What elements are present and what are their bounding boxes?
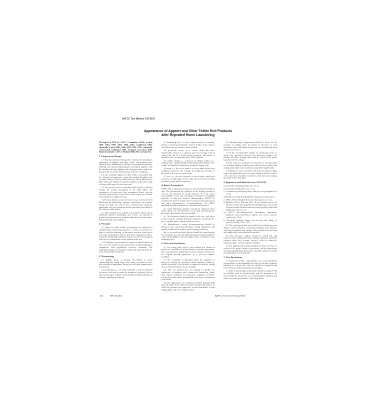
text-block: NOTE: These safety precautions are for i… bbox=[161, 188, 214, 207]
text-block: 5.2 The evaluation is dependent upon the… bbox=[161, 259, 214, 269]
text-block: 5.7 If the recommended number of launder… bbox=[224, 152, 277, 162]
text-block: 2.1 Apparel or other textile end product… bbox=[99, 226, 152, 240]
text-block: 1. Purpose and Scope bbox=[99, 155, 152, 157]
footer-manual-ref: AATCC Technical Manual/2002 bbox=[215, 295, 245, 298]
text-block: 3.5 tumble drying, n.—a process of dryin… bbox=[161, 159, 214, 166]
text-block: 4. Safety Precautions bbox=[161, 184, 214, 186]
text-block: 7.1 Garments or other end products to be… bbox=[224, 260, 277, 270]
title-line-2: after Repeated Home Laundering bbox=[99, 133, 277, 137]
text-block: 6. Apparatus and Materials (see 12.2-12.… bbox=[224, 181, 277, 183]
text-block: 5.5 Residual stains, soils and changes i… bbox=[161, 292, 214, 293]
text-block: 6.1 The washing machine and tumble dryer… bbox=[224, 224, 277, 234]
page-footer: 232 TM 143-2001 AATCC Technical Manual/2… bbox=[99, 295, 277, 298]
column-1: Developed in 1979 by AATCC Committee RA6… bbox=[99, 141, 152, 292]
page-title: Appearance of Apparel and Other Textile … bbox=[99, 129, 277, 138]
document-canvas: AATCC Test Method 143-2001 Appearance of… bbox=[0, 0, 368, 420]
text-block: 1.1 This test method is designed to eval… bbox=[99, 159, 152, 173]
text-block: 4.1 Good laboratory practices should be … bbox=[161, 207, 214, 214]
text-block: f) Ballast of 920 x 920 mm (36 x 36 in.)… bbox=[224, 201, 277, 211]
text-block: 2. Principle bbox=[99, 223, 152, 225]
text-block: 6.3 The lighting and viewing arrangement… bbox=[224, 245, 277, 255]
text-columns: Developed in 1979 by AATCC Committee RA6… bbox=[99, 141, 277, 292]
text-block: 4.3 Manufacturer's safety recommendation… bbox=[161, 223, 214, 230]
text-block: 3.4 pressed-in crease, n.—a crease which… bbox=[161, 149, 214, 159]
text-block: 3.6 warp, n.—the set of yarns in a woven… bbox=[161, 167, 214, 174]
column-3: 5.6 Interlaboratory comparisons should b… bbox=[224, 141, 277, 292]
text-block: 7. Test Specimens bbox=[224, 256, 277, 258]
text-block: 7.2 Prior to laundering, each product sh… bbox=[224, 270, 277, 280]
footer-page-number: 232 bbox=[100, 295, 104, 298]
text-block: 3.2 laundering, n.—of textile materials,… bbox=[99, 269, 152, 279]
footer-method-ref: TM 143-2001 bbox=[110, 295, 123, 298]
text-block: 4.4 An eyewash and safety shower should … bbox=[161, 231, 214, 241]
text-block: 5. Uses and Limitations bbox=[161, 242, 214, 244]
column-2: 3.3 laundering cycle, n.—the complete pr… bbox=[161, 141, 214, 292]
text-block: 3.7 weft, n.—the set of yarns in a woven… bbox=[161, 175, 214, 182]
document-page: AATCC Test Method 143-2001 Appearance of… bbox=[99, 117, 277, 300]
text-block: 1.3 The specific areas of a product whic… bbox=[99, 186, 152, 198]
text-block: 4.2 All chemicals should be handled with… bbox=[161, 215, 214, 222]
text-block: h) Overhead lighting fixture for viewing… bbox=[224, 219, 277, 224]
text-block: 6.2 The reference replicas should be sto… bbox=[224, 234, 277, 244]
text-block: 3.1 durable press, n.—having the ability… bbox=[99, 259, 152, 269]
text-block: 3.3 laundering cycle, n.—the complete pr… bbox=[161, 141, 214, 148]
text-block: 2.2 Evaluation is performed by a panel o… bbox=[99, 241, 152, 253]
text-block: Developed in 1979 by AATCC Committee RA6… bbox=[99, 141, 152, 153]
text-block: 5.1 The rating scale used in this method… bbox=[161, 246, 214, 258]
text-block: g) AATCC Three-Dimensional Smoothness Ap… bbox=[224, 211, 277, 218]
text-block: 5.6 Interlaboratory comparisons should b… bbox=[224, 141, 277, 151]
text-block: 1.5 This method is not suitable for prod… bbox=[99, 211, 152, 221]
text-block: 5.3 This test method does not attempt to… bbox=[161, 269, 214, 281]
text-block: 5.8 The reference standards are intended… bbox=[224, 162, 277, 169]
text-block: 5.9 Ratings of crease retention and seam… bbox=[224, 170, 277, 180]
text-block: c) Conditioning and drying racks, with p… bbox=[224, 190, 277, 195]
text-block: 1.2 Any washable apparel or other textil… bbox=[99, 174, 152, 186]
text-block: 3. Terminology bbox=[99, 255, 152, 257]
text-block: 1.4 Because fabrics, seams and creases m… bbox=[99, 199, 152, 211]
doc-header-text: AATCC Test Method 143-2001 bbox=[122, 117, 277, 120]
text-block: 5.4 The appearance of a laundered produc… bbox=[161, 281, 214, 291]
